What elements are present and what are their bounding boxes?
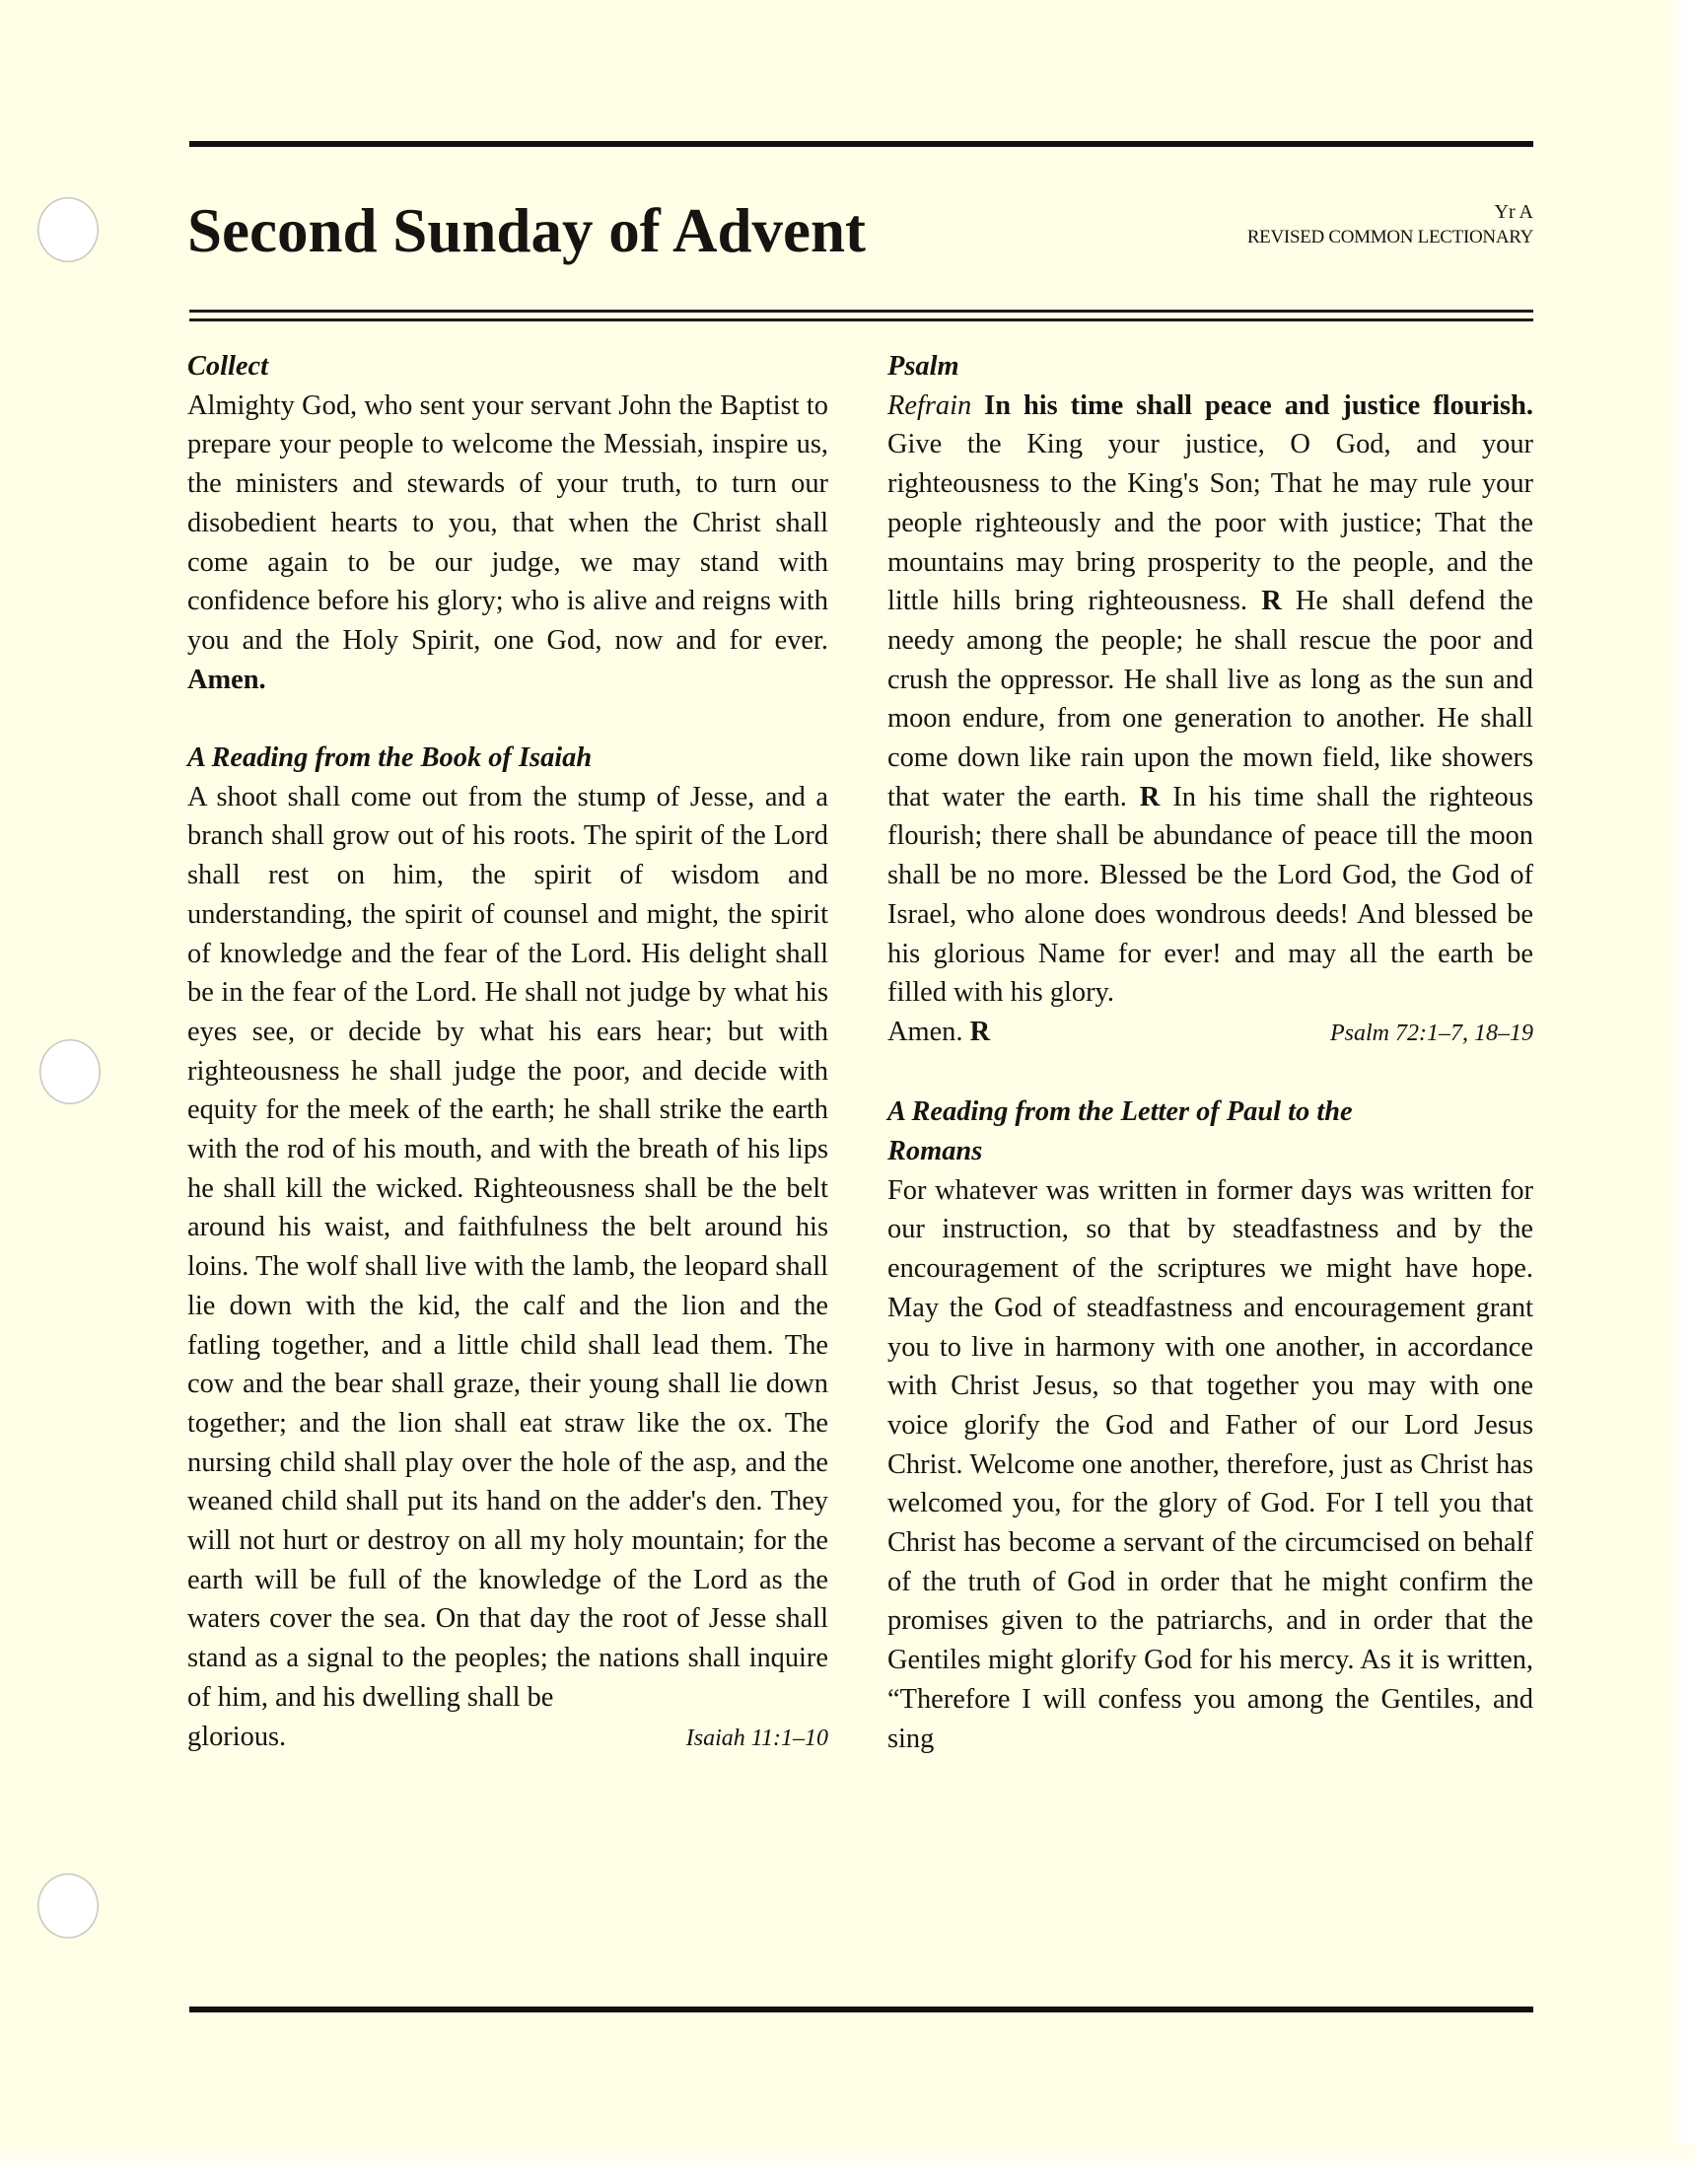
- collect-amen: Amen.: [187, 665, 266, 695]
- left-column: Collect Almighty God, who sent your serv…: [187, 347, 828, 1797]
- collect-text: Almighty God, who sent your servant John…: [187, 390, 828, 656]
- isaiah-last-line: glorious. Isaiah 11:1–10: [187, 1718, 828, 1759]
- right-column: Psalm Refrain In his time shall peace an…: [887, 347, 1533, 1797]
- refrain-marker: R: [970, 1017, 991, 1047]
- isaiah-section: A Reading from the Book of Isaiah A shoo…: [187, 739, 828, 1758]
- collect-heading: Collect: [187, 347, 828, 387]
- page-title: Second Sunday of Advent: [187, 195, 866, 266]
- header-meta: Yr A REVISED COMMON LECTIONARY: [1247, 199, 1533, 250]
- binder-hole-top: [37, 197, 99, 262]
- isaiah-heading: A Reading from the Book of Isaiah: [187, 739, 828, 778]
- bottom-rule: [189, 2007, 1533, 2012]
- psalm-part-2: He shall defend the needy among the peop…: [887, 586, 1533, 812]
- binder-hole-bottom: [37, 1873, 99, 1938]
- romans-section: A Reading from the Letter of Paul to the…: [887, 1092, 1533, 1758]
- psalm-part-3: In his time shall the righteous flourish…: [887, 782, 1533, 1009]
- top-rule: [189, 141, 1533, 147]
- psalm-section: Psalm Refrain In his time shall peace an…: [887, 347, 1533, 1054]
- isaiah-citation: Isaiah 11:1–10: [686, 1720, 828, 1759]
- binder-hole-middle: [39, 1039, 101, 1104]
- psalm-heading: Psalm: [887, 347, 1533, 387]
- isaiah-body: A shoot shall come out from the stump of…: [187, 778, 828, 1718]
- lectionary-label: REVISED COMMON LECTIONARY: [1247, 225, 1533, 250]
- refrain-text: In his time shall peace and justice flou…: [984, 390, 1533, 421]
- header-double-rule-lower: [189, 318, 1533, 321]
- romans-body: For whatever was written in former days …: [887, 1171, 1533, 1759]
- collect-section: Collect Almighty God, who sent your serv…: [187, 347, 828, 699]
- isaiah-last-word: glorious.: [187, 1718, 286, 1757]
- collect-body: Almighty God, who sent your servant John…: [187, 387, 828, 700]
- refrain-marker: R: [1261, 586, 1282, 616]
- page-edge: [0, 2145, 1695, 2184]
- romans-heading: A Reading from the Letter of Paul to the…: [887, 1092, 1400, 1170]
- header-double-rule-upper: [189, 310, 1533, 313]
- page-edge: [1667, 0, 1695, 2184]
- psalm-last-line: Amen. R Psalm 72:1–7, 18–19: [887, 1013, 1533, 1054]
- psalm-citation: Psalm 72:1–7, 18–19: [1330, 1015, 1533, 1054]
- refrain-marker: R: [1140, 782, 1161, 812]
- year-label: Yr A: [1247, 199, 1533, 225]
- refrain-label: Refrain: [887, 390, 971, 421]
- psalm-body: Refrain In his time shall peace and just…: [887, 387, 1533, 1013]
- psalm-amen: Amen.: [887, 1017, 962, 1047]
- psalm-closing: Amen. R: [887, 1013, 990, 1052]
